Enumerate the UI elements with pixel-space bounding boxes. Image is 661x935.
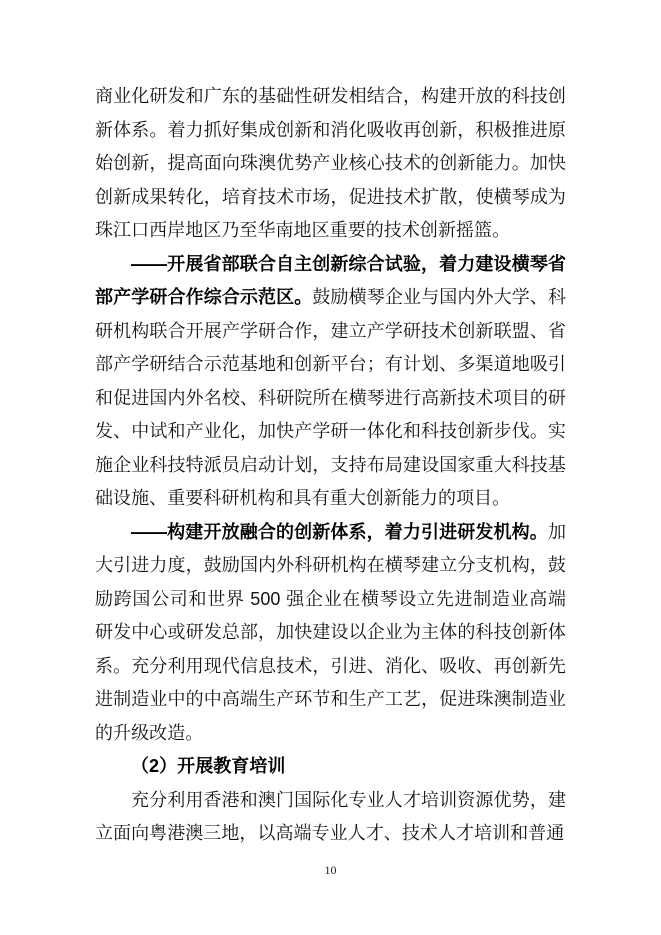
document-content: 商业化研发和广东的基础性研发相结合，构建开放的科技创新体系。着力抓好集成创新和消… (95, 80, 566, 851)
paragraph-text: 鼓励横琴企业与国内外大学、科研机构联合开展产学研合作，建立产学研技术创新联盟、省… (95, 287, 566, 508)
paragraph-dash-2: ——构建开放融合的创新体系，着力引进研发机构。加大引进力度，鼓励国内外科研机构在… (95, 516, 566, 751)
section-heading: （2）开展教育培训 (95, 750, 566, 784)
paragraph-dash-1: ——开展省部联合自主创新综合试验，着力建设横琴省部产学研合作综合示范区。鼓励横琴… (95, 248, 566, 516)
paragraph-bold-lead: ——构建开放融合的创新体系，着力引进研发机构。 (131, 522, 548, 542)
paragraph-closing: 充分利用香港和澳门国际化专业人才培训资源优势，建立面向粤港澳三地，以高端专业人才… (95, 784, 566, 851)
paragraph-text: 加大引进力度，鼓励国内外科研机构在横琴建立分支机构，鼓励跨国公司和世界 500 … (95, 522, 566, 743)
paragraph-continued: 商业化研发和广东的基础性研发相结合，构建开放的科技创新体系。着力抓好集成创新和消… (95, 80, 566, 248)
paragraph-text: 充分利用香港和澳门国际化专业人才培训资源优势，建立面向粤港澳三地，以高端专业人才… (95, 790, 566, 844)
document-page: 商业化研发和广东的基础性研发相结合，构建开放的科技创新体系。着力抓好集成创新和消… (0, 0, 661, 935)
page-number: 10 (0, 863, 661, 878)
paragraph-text: 商业化研发和广东的基础性研发相结合，构建开放的科技创新体系。着力抓好集成创新和消… (95, 86, 566, 240)
